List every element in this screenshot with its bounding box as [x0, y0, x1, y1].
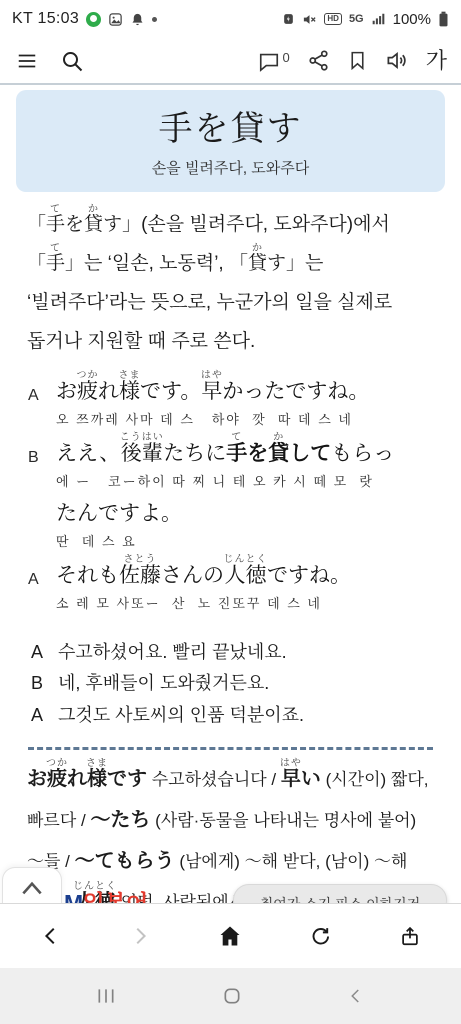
translation-row: A 그것도 사토씨의 인품 덕분이죠.	[31, 700, 461, 732]
comment-count: 0	[283, 50, 290, 65]
translation-text: 수고하셨어요. 빨리 끝났네요.	[58, 637, 287, 669]
dashed-divider	[28, 747, 433, 750]
site-logo-m: M	[64, 890, 83, 904]
speaker-label: B	[31, 668, 58, 700]
pronunciation-line: 에 ー 코ー하이 따 찌 니 테 오 카 시 떼 모 랏	[56, 471, 461, 490]
recents-icon[interactable]	[96, 987, 116, 1005]
site-logo[interactable]: M일본어	[64, 885, 148, 904]
search-icon[interactable]	[60, 49, 84, 73]
forward-icon[interactable]	[129, 925, 151, 947]
pronunciation-line: 오 쯔까레 사마 데 스 하야 깟 따 데 스 네	[56, 409, 461, 428]
speaker-label: A	[31, 637, 58, 669]
bell-icon	[130, 12, 145, 27]
status-bar-left: KT 15:03	[12, 10, 157, 28]
translation-text: 그것도 사토씨의 인품 덕분이죠.	[58, 700, 304, 732]
speaker-label: A	[31, 700, 58, 732]
translation-row: B 네, 후배들이 도와줬거든요.	[31, 668, 461, 700]
home-icon[interactable]	[218, 924, 242, 948]
carrier-time-label: KT 15:03	[12, 10, 79, 28]
share-upload-icon[interactable]	[399, 925, 421, 948]
refresh-icon[interactable]	[309, 925, 332, 948]
dialogue-row: A それも佐藤さとうさんの人徳じんとくですね。 소 레 모 사또ー 산 노 진또…	[28, 554, 461, 612]
5g-badge: 5G	[349, 13, 364, 25]
status-bar-right: HD 5G 100%	[282, 11, 449, 28]
android-nav-bar	[0, 968, 461, 1024]
back-icon[interactable]	[40, 925, 62, 947]
status-bar: KT 15:03 HD 5G 100%	[0, 0, 461, 38]
speaker-label: A	[28, 554, 56, 612]
lesson-title: 手を貸す	[16, 101, 445, 150]
notification-dot-icon	[152, 17, 157, 22]
lesson-title-card: 手を貸す 손을 빌려주다, 도와주다	[16, 90, 445, 192]
browser-top-toolbar: 0 가	[0, 38, 461, 85]
hd-badge: HD	[324, 13, 342, 25]
lesson-intro: 「手てを貸かす」(손을 빌려주다, 도와주다)에서 「手て」는 ‘일손, 노동력…	[27, 204, 434, 362]
dialogue-row: A お疲つかれ様さまです。早はやかったですね。 오 쯔까레 사마 데 스 하야 …	[28, 370, 461, 428]
japanese-sentence: お疲つかれ様さまです。早はやかったですね。	[56, 380, 369, 403]
translation-section: A 수고하셨어요. 빨리 끝났네요. B 네, 후배들이 도와줬거든요. A 그…	[31, 637, 461, 732]
speaker-label	[28, 494, 56, 550]
gallery-icon	[108, 12, 123, 27]
dialogue-section: A お疲つかれ様さまです。早はやかったですね。 오 쯔까레 사마 데 스 하야 …	[28, 370, 461, 612]
scroll-top-tab[interactable]	[2, 867, 62, 904]
menu-icon[interactable]	[14, 50, 40, 72]
battery-icon	[438, 11, 449, 27]
chevron-up-icon	[19, 879, 45, 897]
comment-icon	[257, 50, 281, 72]
comment-button[interactable]: 0	[257, 50, 290, 72]
pronunciation-line: 딴 데 스 요	[56, 531, 461, 550]
dialogue-row: たんですよ。 딴 데 스 요	[28, 494, 461, 550]
share-icon[interactable]	[307, 49, 330, 72]
translation-row: A 수고하셨어요. 빨리 끝났네요.	[31, 637, 461, 669]
signal-icon	[371, 12, 386, 26]
bookmark-icon[interactable]	[347, 49, 368, 72]
japanese-sentence: たんですよ。	[56, 502, 182, 525]
home-nav-icon[interactable]	[222, 986, 242, 1006]
back-nav-icon[interactable]	[347, 987, 365, 1005]
font-size-button[interactable]: 가	[426, 50, 447, 72]
mute-icon	[302, 12, 317, 27]
dialogue-row: B ええ、後輩こうはいたちに手てを貸かしてもらっ 에 ー 코ー하이 따 찌 니 …	[28, 432, 461, 490]
speaker-label: A	[28, 370, 56, 428]
speaker-icon[interactable]	[385, 49, 409, 72]
battery-percent-label: 100%	[393, 11, 431, 28]
browser-bottom-toolbar	[0, 904, 461, 968]
site-logo-text: 일본어	[83, 890, 148, 904]
phone-screen: KT 15:03 HD 5G 100%	[0, 0, 461, 1024]
japanese-sentence: それも佐藤さとうさんの人徳じんとくですね。	[56, 564, 351, 587]
web-content: 手を貸す 손을 빌려주다, 도와주다 「手てを貸かす」(손을 빌려주다, 도와주…	[0, 87, 461, 904]
lesson-subtitle: 손을 빌려주다, 도와주다	[16, 157, 445, 178]
speaker-label: B	[28, 432, 56, 490]
app-notification-icon	[86, 12, 101, 27]
banner-button[interactable]: 취여가 스지 피스 이하지거	[233, 884, 447, 904]
vocabulary-section: お疲つかれ様さまです 수고하셨습니다 / 早はやい (시간이) 짧다, 빠르다 …	[27, 758, 434, 904]
battery-saver-icon	[282, 12, 295, 26]
translation-text: 네, 후배들이 도와줬거든요.	[58, 668, 269, 700]
japanese-sentence: ええ、後輩こうはいたちに手てを貸かしてもらっ	[56, 442, 394, 465]
pronunciation-line: 소 레 모 사또ー 산 노 진또꾸 데 스 네	[56, 593, 461, 612]
